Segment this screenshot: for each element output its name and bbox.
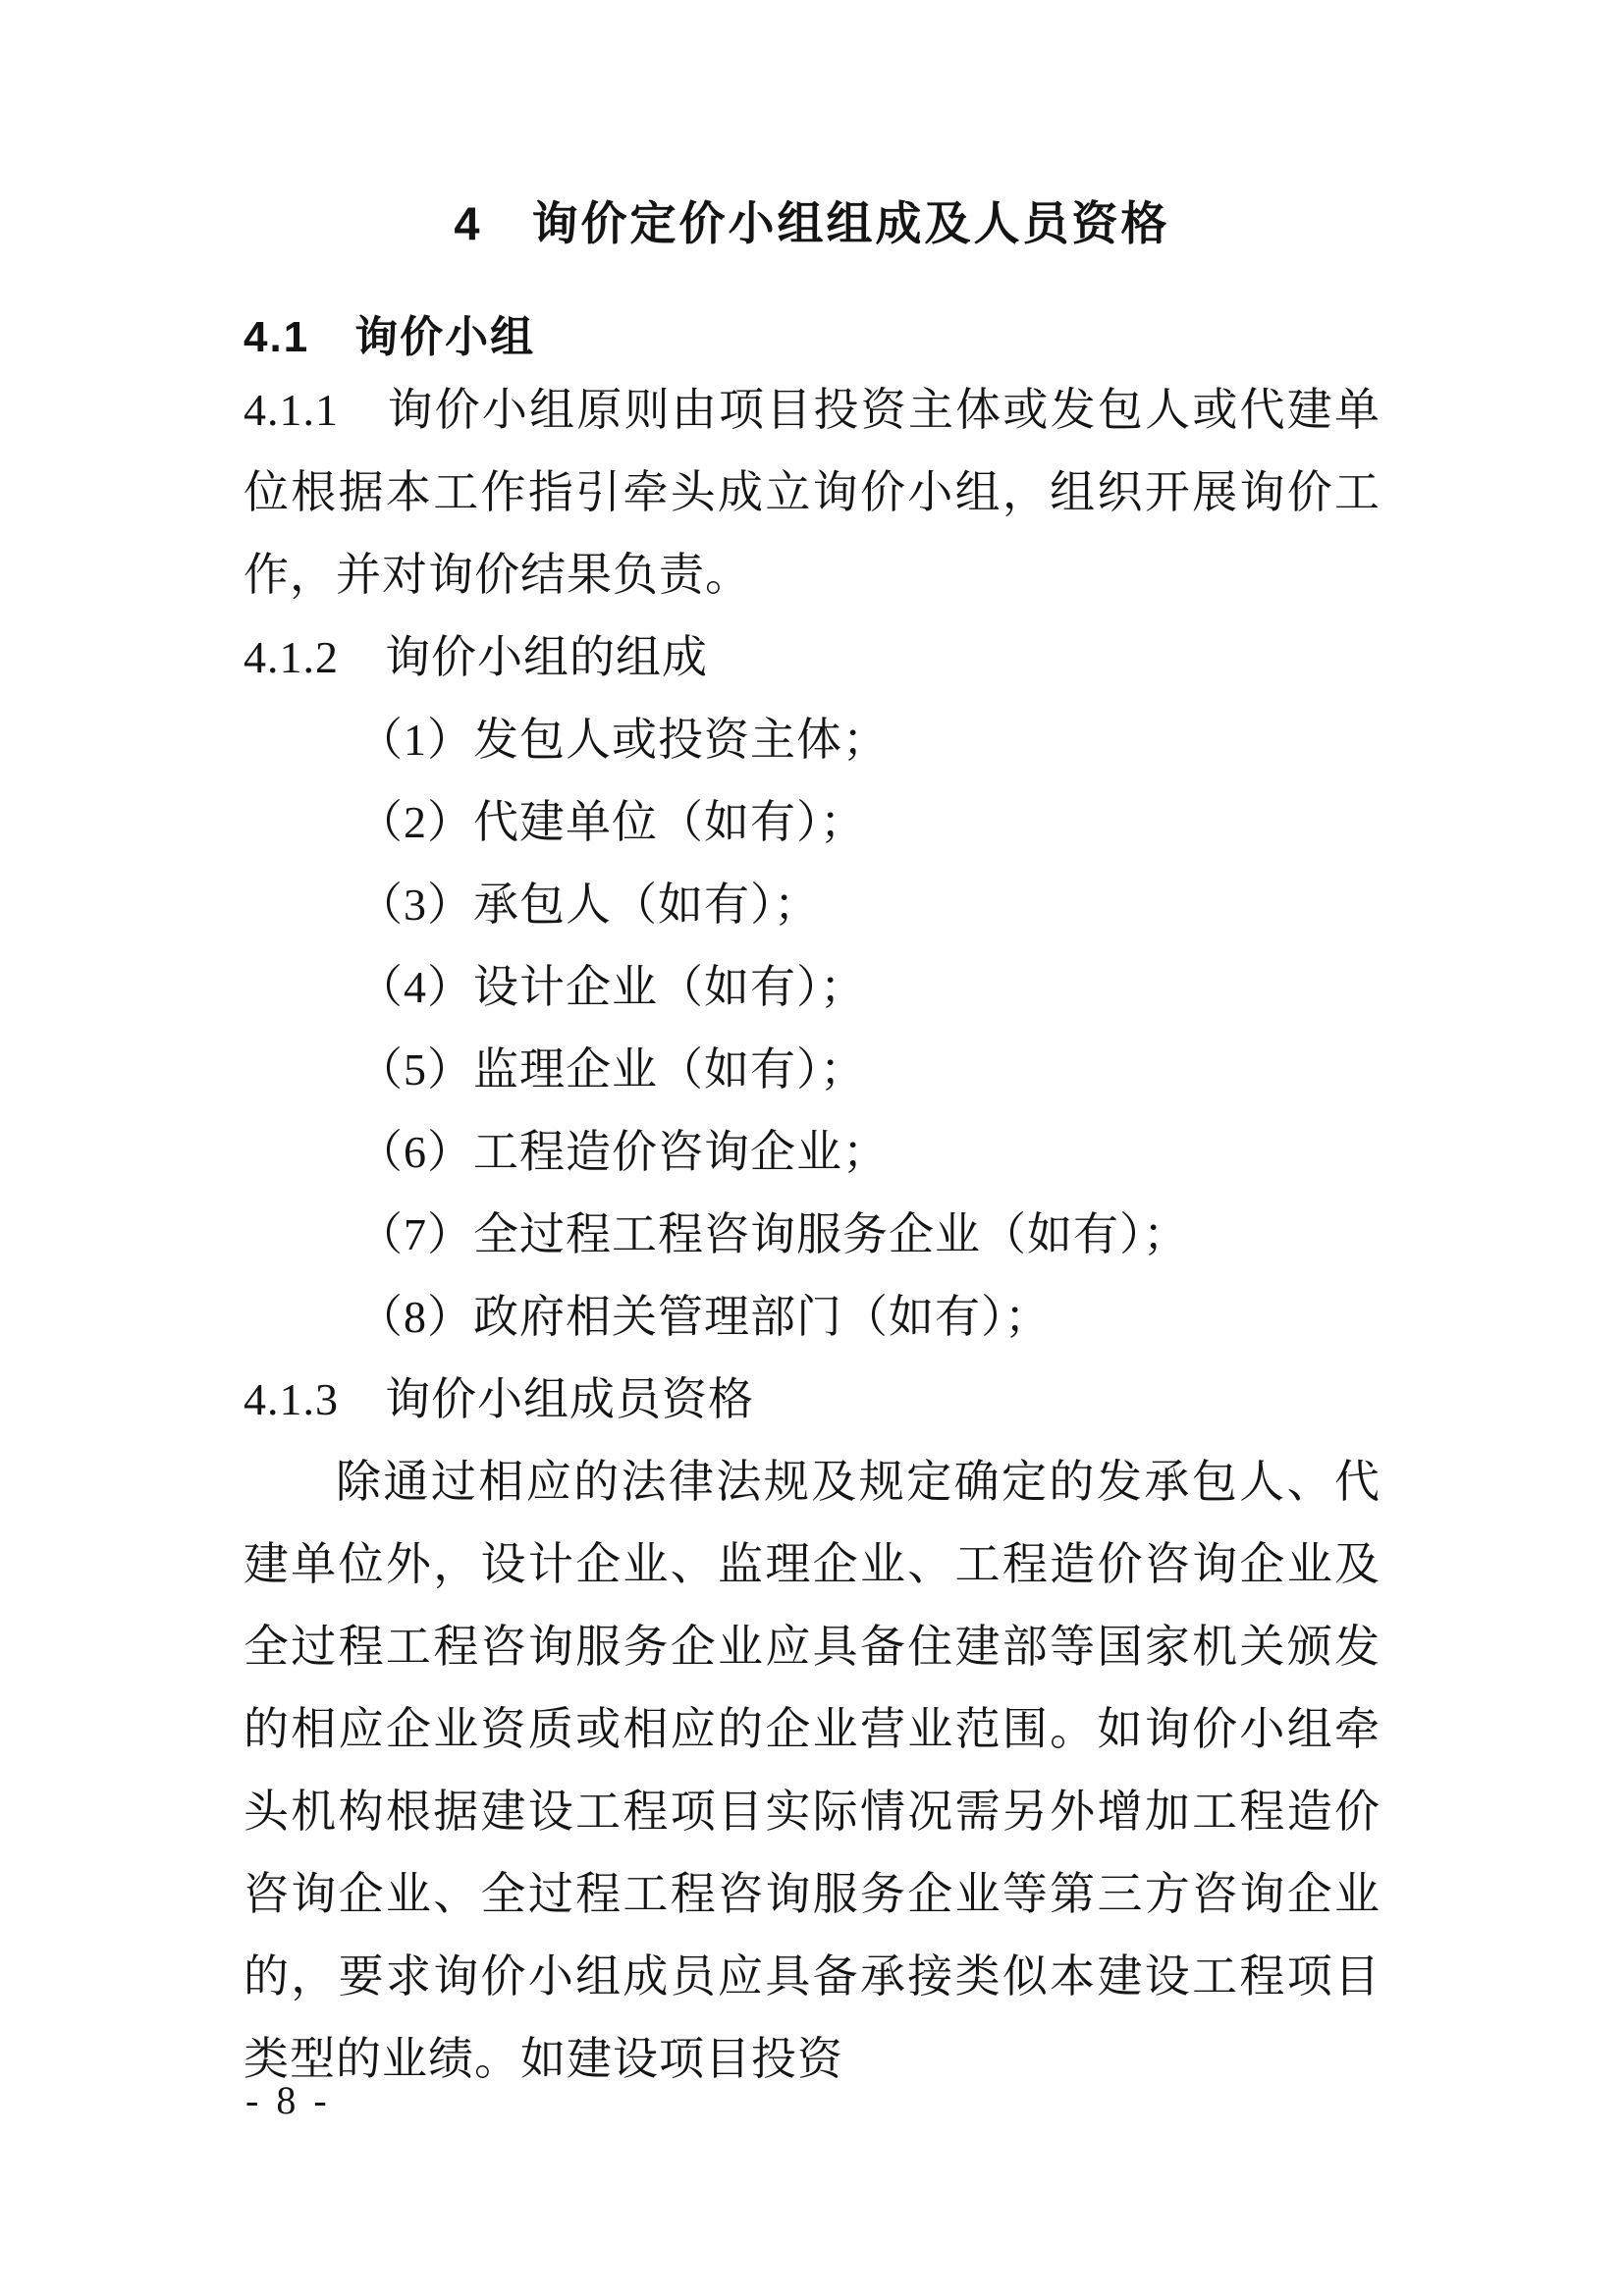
composition-item: （1）发包人或投资主体； (244, 699, 1380, 781)
composition-item: （6）工程造价咨询企业； (244, 1111, 1380, 1194)
composition-item: （7）全过程工程咨询服务企业（如有）； (244, 1194, 1380, 1276)
section-4-1-heading: 4.1 询价小组 (244, 306, 1380, 369)
text-block: 4 询价定价小组组成及人员资格 4.1 询价小组 4.1.1 询价小组原则由项目… (244, 0, 1380, 2101)
clause-4-1-3-heading: 4.1.3 询价小组成员资格 (244, 1359, 1380, 1441)
composition-item: （8）政府相关管理部门（如有）； (244, 1276, 1380, 1359)
clause-4-1-1: 4.1.1 询价小组原则由项目投资主体或发包人或代建单位根据本工作指引牵头成立询… (244, 369, 1380, 616)
clause-4-1-3-body: 除通过相应的法律法规及规定确定的发承包人、代建单位外，设计企业、监理企业、工程造… (244, 1441, 1380, 2101)
page-number: - 8 - (245, 2077, 331, 2124)
clause-4-1-2-heading: 4.1.2 询价小组的组成 (244, 616, 1380, 699)
composition-item: （2）代建单位（如有）； (244, 781, 1380, 864)
composition-item: （5）监理企业（如有）； (244, 1029, 1380, 1111)
chapter-title: 4 询价定价小组组成及人员资格 (244, 192, 1380, 255)
document-page: 4 询价定价小组组成及人员资格 4.1 询价小组 4.1.1 询价小组原则由项目… (0, 0, 1624, 2296)
composition-item: （3）承包人（如有）； (244, 864, 1380, 946)
composition-item: （4）设计企业（如有）； (244, 946, 1380, 1029)
